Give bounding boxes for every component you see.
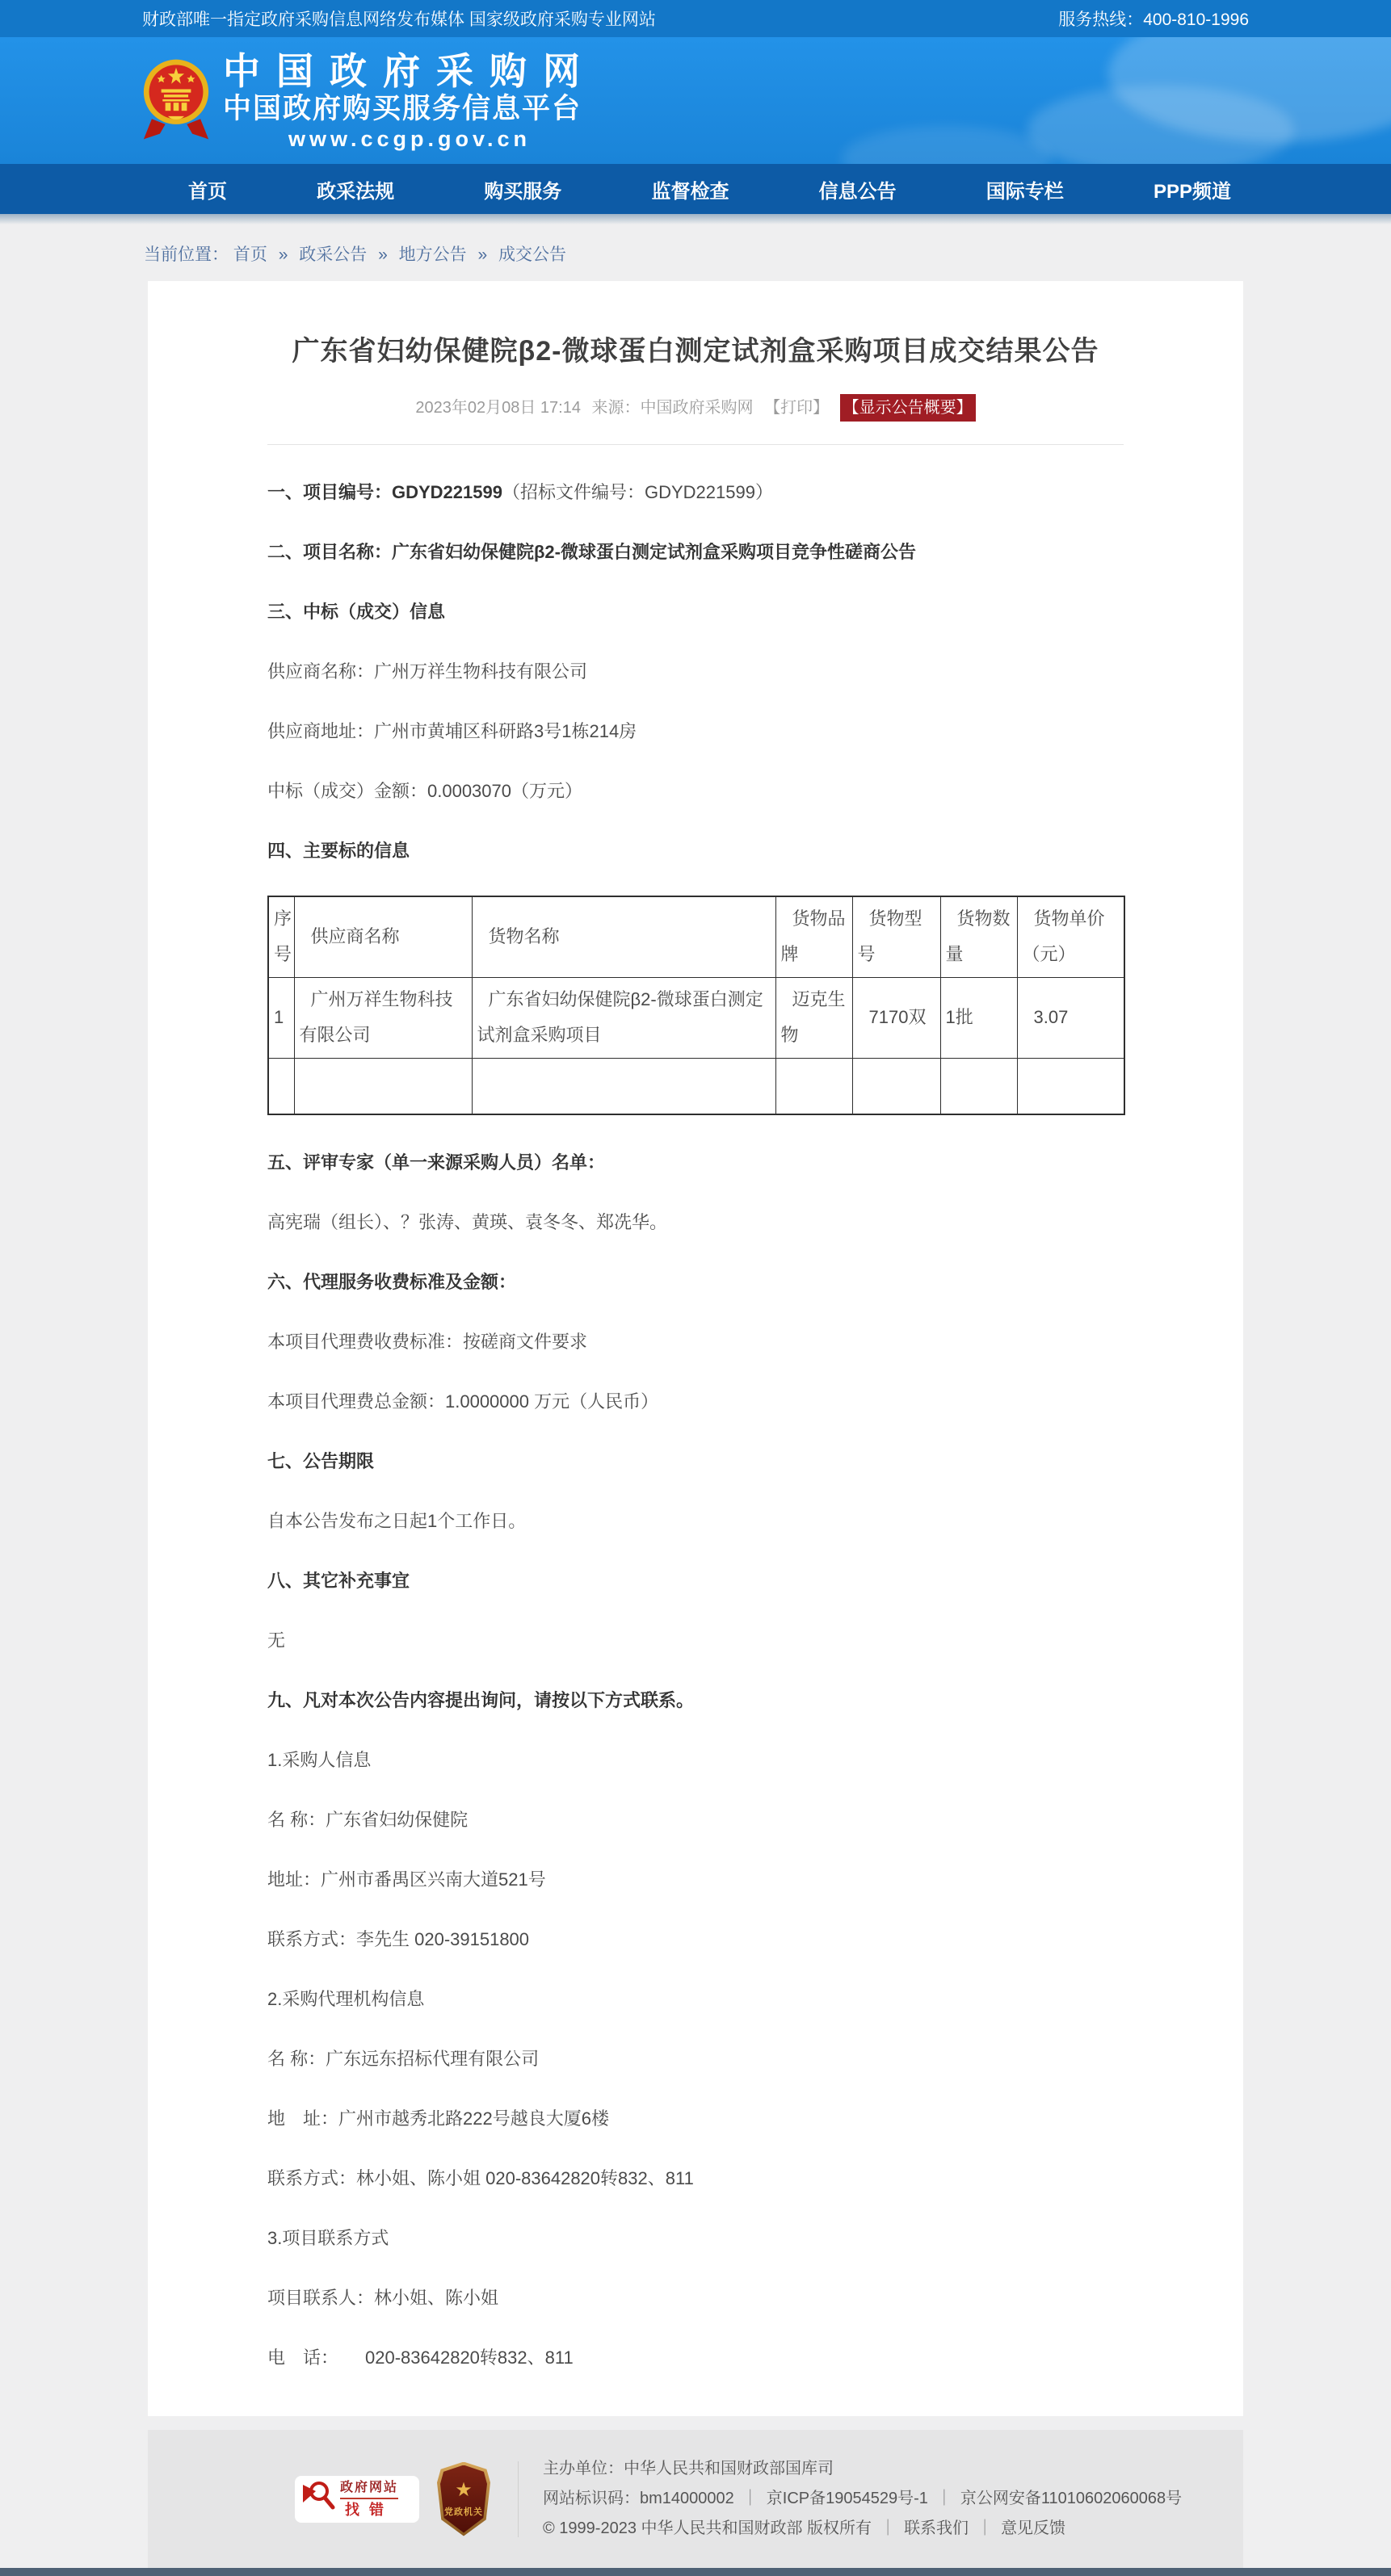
cell-empty — [775, 1058, 852, 1114]
breadcrumb-separator: » — [279, 245, 288, 264]
paragraph-supplier-address: 供应商地址：广州市黄埔区科研路3号1栋214房 — [267, 720, 1124, 744]
paragraph-buyer-address: 地址：广州市番禺区兴南大道521号 — [267, 1868, 1124, 1892]
paragraph-period: 自本公告发布之日起1个工作日。 — [267, 1509, 1124, 1533]
cell-goods-name: 广东省妇幼保健院β2-微球蛋白测定试剂盒采购项目 — [472, 977, 775, 1058]
cell-empty — [294, 1058, 472, 1114]
nav-item-ppp-channel[interactable]: PPP频道 — [1154, 175, 1231, 203]
paragraph-fee-standard: 本项目代理费收费标准：按磋商文件要求 — [267, 1330, 1124, 1354]
site-subtitle: 中国政府购买服务信息平台 — [223, 92, 596, 126]
error-badge-line1: 政府网站 — [340, 2481, 398, 2495]
cell-empty — [1017, 1058, 1124, 1114]
page: { "colors": { "topbar_blue": "#1377c8", … — [0, 0, 1391, 2576]
paragraph-project-contact-person: 项目联系人：林小姐、陈小姐 — [267, 2286, 1124, 2310]
table-header-row: 序号 供应商名称 货物名称 货物品牌 货物型号 货物数量 货物单价（元） — [268, 896, 1124, 977]
breadcrumb-award-notices[interactable]: 成交公告 — [498, 245, 566, 264]
site-header: 中国政府采购网 中国政府购买服务信息平台 www.ccgp.gov.cn — [0, 37, 1391, 164]
table-row-empty — [268, 1058, 1124, 1114]
paragraph-expert-names: 高宪瑞（组长）、？张涛、黄瑛、袁冬冬、郑冼华。 — [267, 1210, 1124, 1235]
error-badge-rule — [340, 2498, 398, 2499]
col-unit-price: 货物单价（元） — [1017, 896, 1124, 977]
nav-item-international[interactable]: 国际专栏 — [986, 175, 1064, 203]
paragraph-buyer-info: 1.采购人信息 — [267, 1748, 1124, 1773]
paragraph-project-number: 一、项目编号：GDYD221599（招标文件编号：GDYD221599） — [267, 480, 1124, 505]
footer-copyright-line: © 1999-2023 中华人民共和国财政部 版权所有｜联系我们｜意见反馈 — [543, 2514, 1182, 2544]
nav-item-regulations[interactable]: 政采法规 — [317, 175, 394, 203]
heading-contact: 九、凡对本次公告内容提出询问，请按以下方式联系。 — [267, 1689, 1124, 1713]
site-url: www.ccgp.gov.cn — [223, 126, 596, 152]
heading-award-info: 三、中标（成交）信息 — [267, 600, 1124, 624]
col-goods-name: 货物名称 — [472, 896, 775, 977]
breadcrumb-separator: » — [378, 245, 388, 264]
party-badge-label: 党政机关 — [444, 2505, 483, 2518]
breadcrumb: 当前位置： 首页 » 政采公告 » 地方公告 » 成交公告 — [144, 244, 1391, 266]
breadcrumb-prefix: 当前位置： — [144, 245, 229, 264]
nav-item-supervision[interactable]: 监督检查 — [651, 175, 729, 203]
copyright: © 1999-2023 中华人民共和国财政部 版权所有 — [543, 2519, 872, 2537]
col-serial: 序号 — [268, 896, 294, 977]
cell-empty — [940, 1058, 1017, 1114]
heading-main-subject-info: 四、主要标的信息 — [267, 839, 1124, 863]
nav-item-purchase-services[interactable]: 购买服务 — [484, 175, 561, 203]
paragraph-supplier-name: 供应商名称：广州万祥生物科技有限公司 — [267, 660, 1124, 684]
cell-empty — [268, 1058, 294, 1114]
paragraph-project-name: 二、项目名称：广东省妇幼保健院β2-微球蛋白测定试剂盒采购项目竞争性磋商公告 — [267, 540, 1124, 564]
party-gov-shield-badge[interactable]: ★ 党政机关 — [437, 2462, 490, 2536]
cell-supplier: 广州万祥生物科技有限公司 — [294, 977, 472, 1058]
contact-us-link[interactable]: 联系我们 — [904, 2519, 969, 2537]
paragraph-none: 无 — [267, 1629, 1124, 1653]
service-hotline: 服务热线：400-810-1996 — [1058, 6, 1249, 31]
cell-quantity: 1批 — [940, 977, 1017, 1058]
items-table: 序号 供应商名称 货物名称 货物品牌 货物型号 货物数量 货物单价（元） 1 广… — [267, 896, 1125, 1115]
site-name: 中国政府采购网 — [223, 50, 596, 92]
heading-experts: 五、评审专家（单一来源采购人员）名单： — [267, 1151, 1124, 1175]
col-brand: 货物品牌 — [775, 896, 852, 977]
heading-other-matters: 八、其它补充事宜 — [267, 1569, 1124, 1593]
gov-site-error-badge[interactable]: 政府网站 找错 — [295, 2476, 419, 2523]
footer-registration-line: 网站标识码：bm14000002｜京ICP备19054529号-1｜京公网安备1… — [543, 2484, 1182, 2514]
nav-shadow — [0, 214, 1391, 224]
paragraph-agency-info: 2.采购代理机构信息 — [267, 1987, 1124, 2012]
col-model: 货物型号 — [852, 896, 940, 977]
error-badge-line2: 找错 — [340, 2502, 398, 2518]
col-supplier: 供应商名称 — [294, 896, 472, 977]
footer-organizer: 主办单位：中华人民共和国财政部国库司 — [543, 2454, 1182, 2484]
print-button[interactable]: 【打印】 — [764, 399, 829, 417]
site-footer: 政府网站 找错 ★ 党政机关 主办单位：中华人民共和国财政部国库司 网站标识码：… — [148, 2430, 1243, 2568]
table-row: 1 广州万祥生物科技有限公司 广东省妇幼保健院β2-微球蛋白测定试剂盒采购项目 … — [268, 977, 1124, 1058]
cell-model: 7170双 — [852, 977, 940, 1058]
footer-divider — [518, 2461, 519, 2537]
article-source: 来源：中国政府采购网 — [592, 399, 754, 417]
footer-separator: ｜ — [936, 2490, 952, 2507]
main-nav: 首页 政采法规 购买服务 监督检查 信息公告 国际专栏 PPP频道 — [0, 164, 1391, 214]
bottom-strip — [0, 2568, 1391, 2576]
paragraph-fee-total: 本项目代理费总金额：1.0000000 万元（人民币） — [267, 1390, 1124, 1414]
paragraph-agency-address: 地 址：广州市越秀北路222号越良大厦6楼 — [267, 2107, 1124, 2131]
error-badge-text: 政府网站 找错 — [340, 2481, 398, 2518]
cell-empty — [472, 1058, 775, 1114]
feedback-link[interactable]: 意见反馈 — [1001, 2519, 1065, 2537]
site-slogan: 财政部唯一指定政府采购信息网络发布媒体 国家级政府采购专业网站 — [142, 6, 656, 31]
public-security-number: 京公网安备11010602060068号 — [960, 2490, 1182, 2507]
site-code: 网站标识码：bm14000002 — [543, 2490, 734, 2507]
breadcrumb-separator: » — [477, 245, 487, 264]
footer-separator: ｜ — [742, 2490, 759, 2507]
show-summary-button[interactable]: 【显示公告概要】 — [840, 394, 976, 422]
article-meta: 2023年02月08日 17:14 来源：中国政府采购网 【打印】 【显示公告概… — [267, 394, 1124, 422]
icp-number: 京ICP备19054529号-1 — [767, 2490, 928, 2507]
nav-item-home[interactable]: 首页 — [188, 175, 227, 203]
national-emblem-icon — [142, 54, 210, 149]
heading-agency-fee: 六、代理服务收费标准及金额： — [267, 1270, 1124, 1294]
footer-separator: ｜ — [977, 2519, 993, 2537]
paragraph-award-amount: 中标（成交）金额：0.0003070（万元） — [267, 779, 1124, 803]
cell-brand: 迈克生物 — [775, 977, 852, 1058]
cell-empty — [852, 1058, 940, 1114]
magnifier-flag-icon — [301, 2478, 335, 2519]
site-title-block: 中国政府采购网 中国政府购买服务信息平台 www.ccgp.gov.cn — [223, 50, 596, 152]
paragraph-agency-contact: 联系方式：林小姐、陈小姐 020-83642820转832、811 — [267, 2167, 1124, 2191]
site-logo[interactable]: 中国政府采购网 中国政府购买服务信息平台 www.ccgp.gov.cn — [142, 50, 596, 152]
top-strip: 财政部唯一指定政府采购信息网络发布媒体 国家级政府采购专业网站 服务热线：400… — [0, 0, 1391, 37]
breadcrumb-home[interactable]: 首页 — [233, 245, 267, 264]
paragraph-buyer-contact: 联系方式：李先生 020-39151800 — [267, 1928, 1124, 1952]
footer-text-block: 主办单位：中华人民共和国财政部国库司 网站标识码：bm14000002｜京ICP… — [543, 2454, 1182, 2544]
paragraph-buyer-name: 名 称：广东省妇幼保健院 — [267, 1808, 1124, 1832]
footer-separator: ｜ — [880, 2519, 896, 2537]
publish-date: 2023年02月08日 17:14 — [415, 399, 581, 417]
cloud-decoration — [842, 126, 1052, 164]
paragraph-project-contact-info: 3.项目联系方式 — [267, 2226, 1124, 2251]
paragraph-project-phone: 电 话： 020-83642820转832、811 — [267, 2346, 1124, 2370]
nav-item-announcements[interactable]: 信息公告 — [819, 175, 897, 203]
meta-divider — [267, 444, 1124, 445]
breadcrumb-local-notices[interactable]: 地方公告 — [399, 245, 467, 264]
breadcrumb-procurement-notices[interactable]: 政采公告 — [299, 245, 367, 264]
col-quantity: 货物数量 — [940, 896, 1017, 977]
heading-announcement-period: 七、公告期限 — [267, 1450, 1124, 1474]
party-badge-inner: ★ 党政机关 — [440, 2465, 487, 2533]
cell-serial: 1 — [268, 977, 294, 1058]
page-title: 广东省妇幼保健院β2-微球蛋白测定试剂盒采购项目成交结果公告 — [267, 333, 1124, 370]
cell-unit-price: 3.07 — [1017, 977, 1124, 1058]
announcement-card: 广东省妇幼保健院β2-微球蛋白测定试剂盒采购项目成交结果公告 2023年02月0… — [148, 281, 1243, 2416]
paragraph-agency-name: 名 称：广东远东招标代理有限公司 — [267, 2047, 1124, 2071]
party-emblem-icon: ★ — [455, 2481, 473, 2500]
